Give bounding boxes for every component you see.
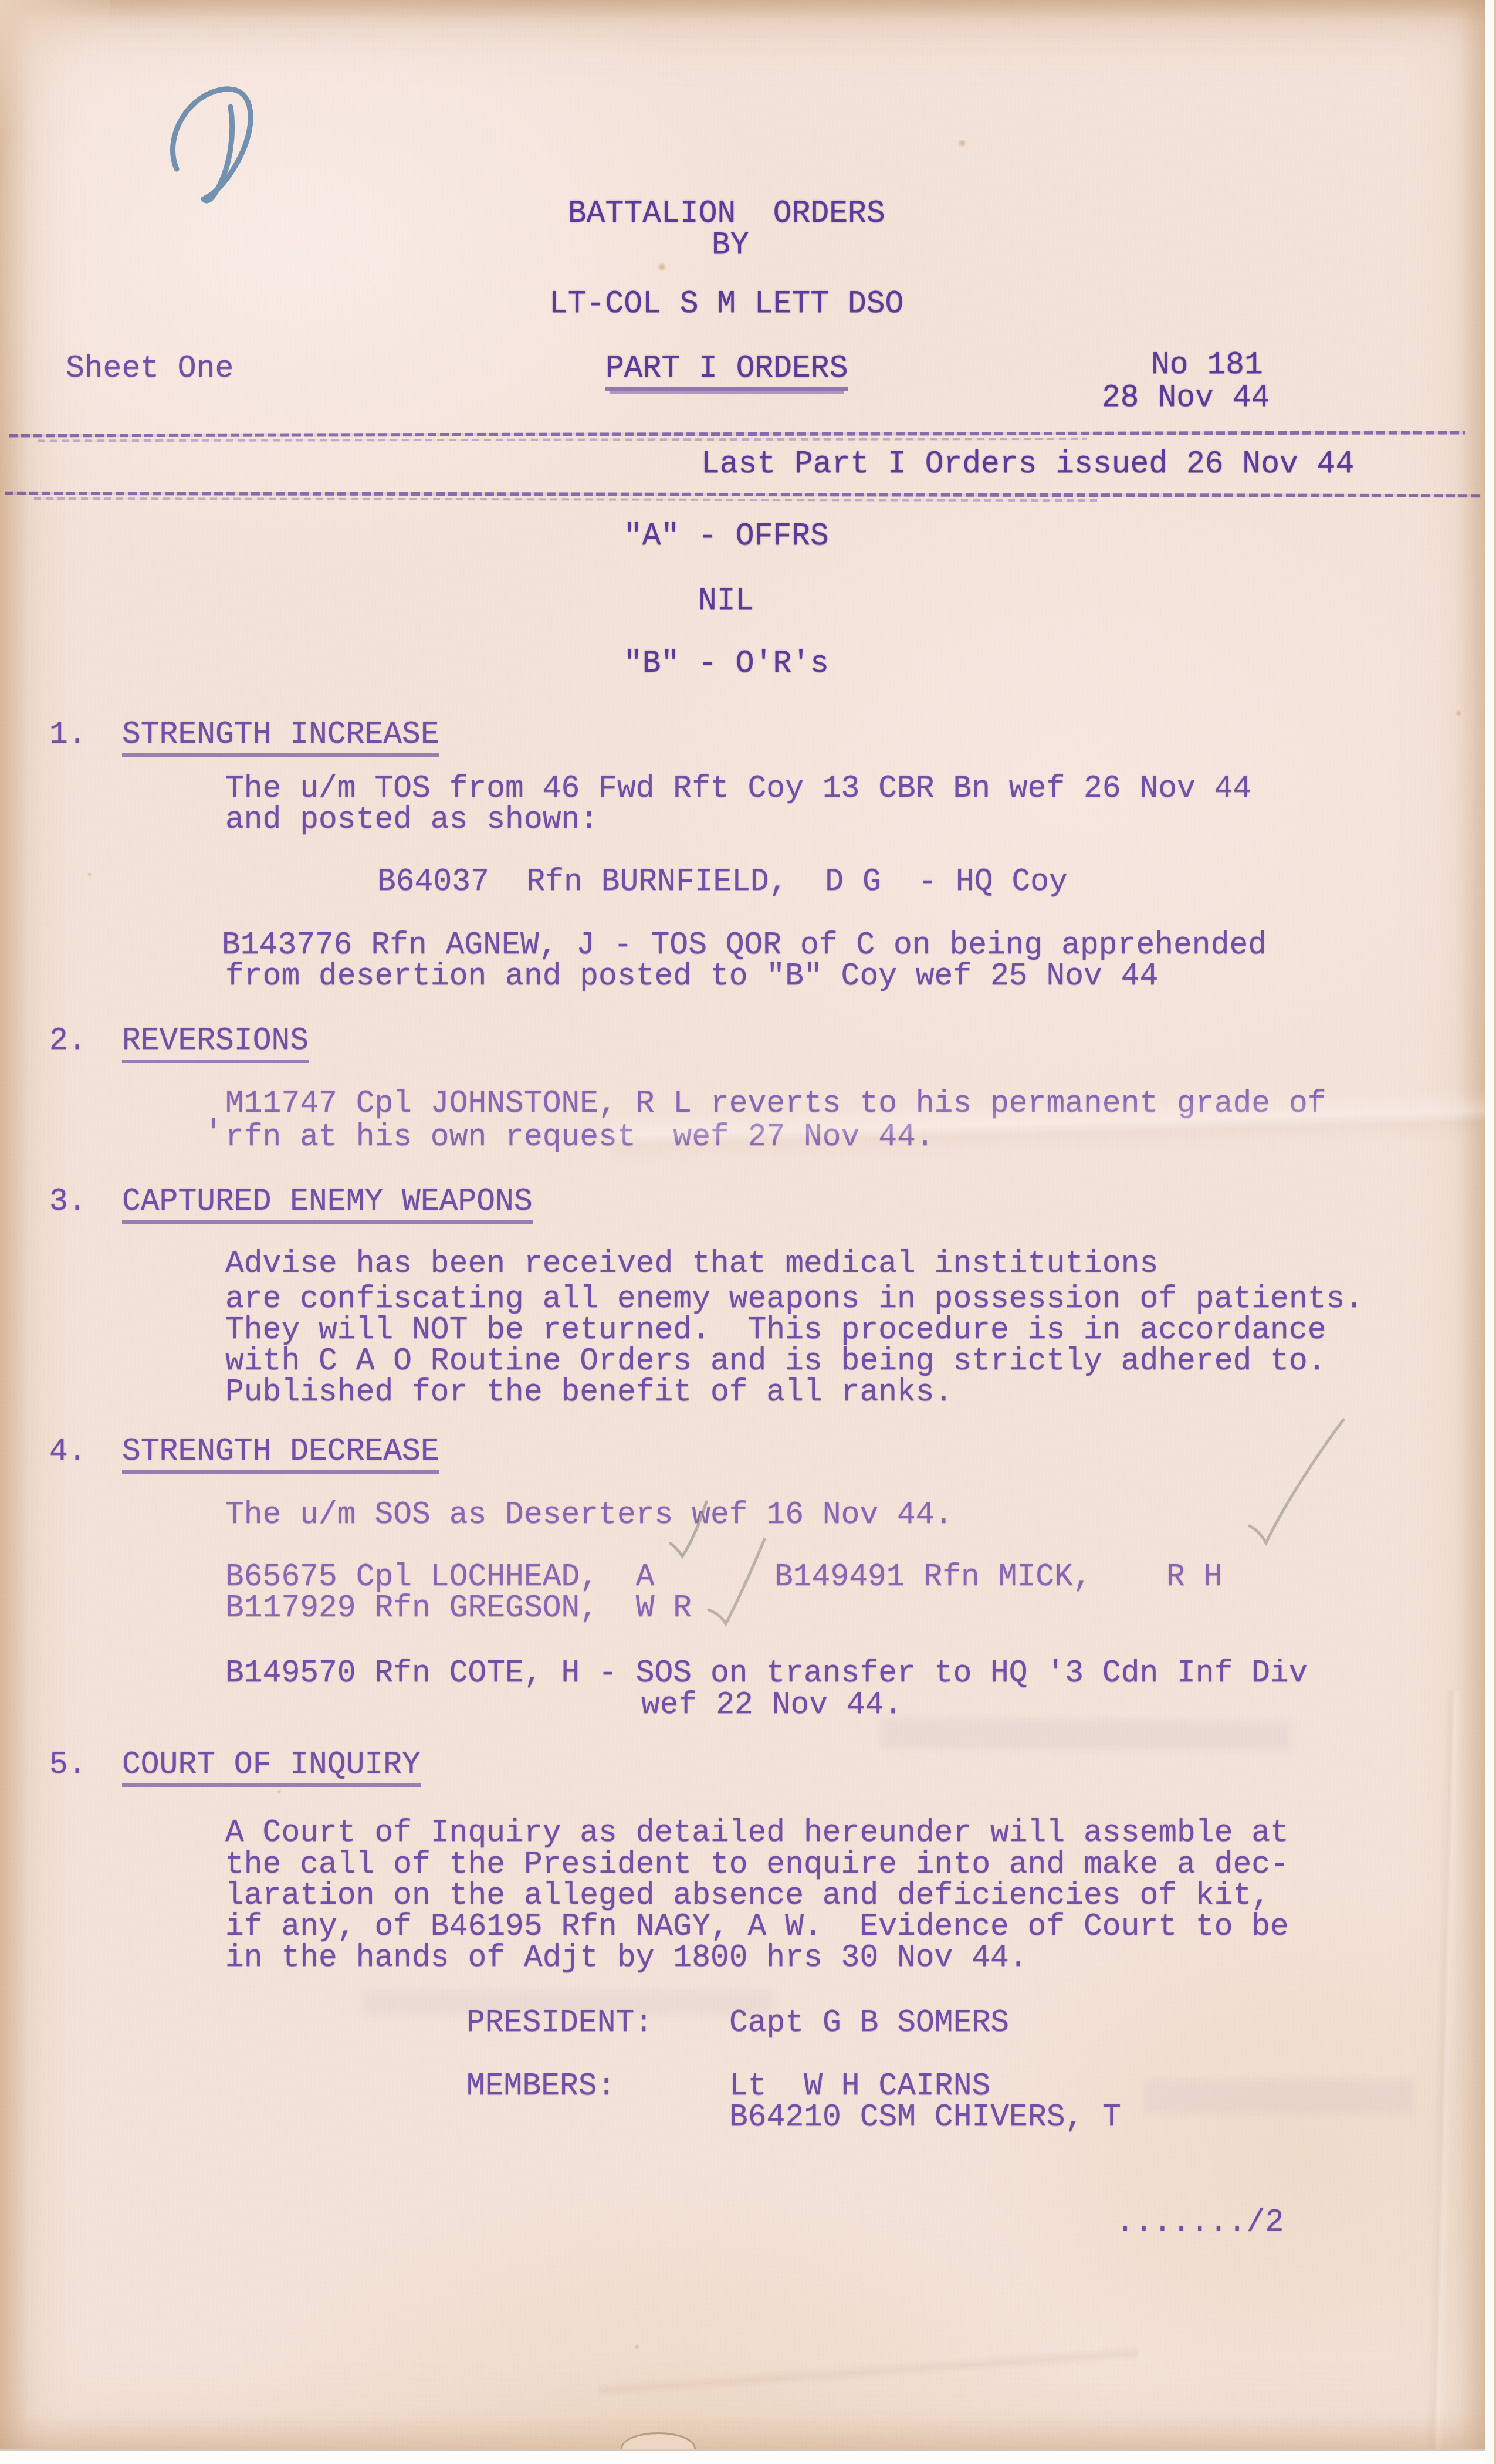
group-b-heading: "B" - O'R's: [624, 648, 829, 679]
pencil-checkmark-3: [707, 1536, 771, 1630]
section-4-line-1: The u/m SOS as Deserters wef 16 Nov 44.: [225, 1500, 953, 1531]
members-value-1: Lt W H CAIRNS: [729, 2071, 990, 2102]
section-3-line-5: Published for the benefit of all ranks.: [225, 1377, 953, 1408]
section-3-number: 3.: [49, 1186, 87, 1217]
section-1-line-5: from desertion and posted to "B" Coy wef…: [225, 961, 1158, 992]
group-a-heading: "A" - OFFRS: [624, 521, 829, 552]
stray-apostrophe-mark: ': [204, 1118, 223, 1149]
pencil-checkmark-2: [1248, 1415, 1354, 1556]
section-5-line-5: in the hands of Adjt by 1800 hrs 30 Nov …: [225, 1942, 1028, 1974]
section-1-line-2: and posted as shown:: [225, 804, 598, 835]
section-5-heading: COURT OF INQUIRY: [122, 1749, 421, 1787]
section-2-line-2: rfn at his own request wef 27 Nov 44.: [225, 1122, 935, 1153]
section-3-line-1: Advise has been received that medical in…: [225, 1248, 1158, 1280]
section-1-posting-line: B64037 Rfn BURNFIELD, D G - HQ Coy: [377, 867, 1068, 898]
scanner-gap-right: [1485, 0, 1494, 2464]
section-1-line-1: The u/m TOS from 46 Fwd Rft Coy 13 CBR B…: [225, 773, 1251, 804]
section-5-line-3: laration on the alleged absence and defi…: [225, 1880, 1270, 1911]
handwritten-letter-d: [161, 70, 290, 223]
section-1-heading: STRENGTH INCREASE: [122, 719, 439, 757]
title-line-2: BY: [712, 230, 749, 261]
section-4-heading: STRENGTH DECREASE: [122, 1436, 439, 1474]
members-value-2: B64210 CSM CHIVERS, T: [729, 2102, 1121, 2133]
scanned-document: BATTALION ORDERS BY LT-COL S M LETT DSO …: [0, 0, 1496, 2464]
section-3-line-2: are confiscating all enemy weapons in po…: [225, 1284, 1363, 1315]
section-4-number: 4.: [49, 1436, 87, 1467]
section-3-line-3: They will NOT be returned. This procedur…: [225, 1315, 1326, 1346]
section-1-number: 1.: [49, 719, 87, 750]
section-5-line-4: if any, of B46195 Rfn NAGY, A W. Evidenc…: [225, 1911, 1289, 1942]
president-label: PRESIDENT:: [466, 2008, 653, 2039]
sheet-label: Sheet One: [66, 353, 233, 384]
section-5-line-1: A Court of Inquiry as detailed hereunder…: [225, 1817, 1289, 1849]
section-5-number: 5.: [49, 1749, 87, 1781]
title-line-1: BATTALION ORDERS: [568, 198, 885, 229]
section-3-line-4: with C A O Routine Orders and is being s…: [225, 1346, 1326, 1377]
deserter-row-1-right: B149491 Rfn MICK, R H: [774, 1562, 1222, 1593]
title-line-3: LT-COL S M LETT DSO: [549, 289, 903, 320]
section-2-line-1: M11747 Cpl JOHNSTONE, R L reverts to his…: [225, 1088, 1326, 1119]
president-value: Capt G B SOMERS: [729, 2008, 1009, 2039]
scanner-strip-bottom: [0, 2449, 1485, 2464]
order-date: 28 Nov 44: [1102, 383, 1270, 414]
section-4-transfer-line: B149570 Rfn COTE, H - SOS on transfer to…: [225, 1658, 1308, 1689]
section-4-transfer-date: wef 22 Nov 44.: [641, 1690, 902, 1721]
deserter-row-1-left: B65675 Cpl LOCHHEAD, A: [225, 1562, 655, 1593]
group-a-content: NIL: [698, 585, 754, 617]
deserter-row-2: B117929 Rfn GREGSON, W R: [225, 1593, 692, 1624]
section-5-line-2: the call of the President to enquire int…: [225, 1849, 1289, 1880]
section-2-number: 2.: [49, 1025, 87, 1057]
section-1-line-4: B143776 Rfn AGNEW, J - TOS QOR of C on b…: [222, 930, 1267, 961]
order-number: No 181: [1151, 350, 1263, 381]
section-2-heading: REVERSIONS: [122, 1025, 309, 1063]
last-issued-line: Last Part I Orders issued 26 Nov 44: [701, 449, 1354, 480]
members-label: MEMBERS:: [466, 2071, 615, 2102]
part-orders-heading: PART I ORDERS: [605, 353, 848, 391]
page-continuation-ref: ......./2: [1116, 2207, 1284, 2238]
section-3-heading: CAPTURED ENEMY WEAPONS: [122, 1186, 533, 1224]
